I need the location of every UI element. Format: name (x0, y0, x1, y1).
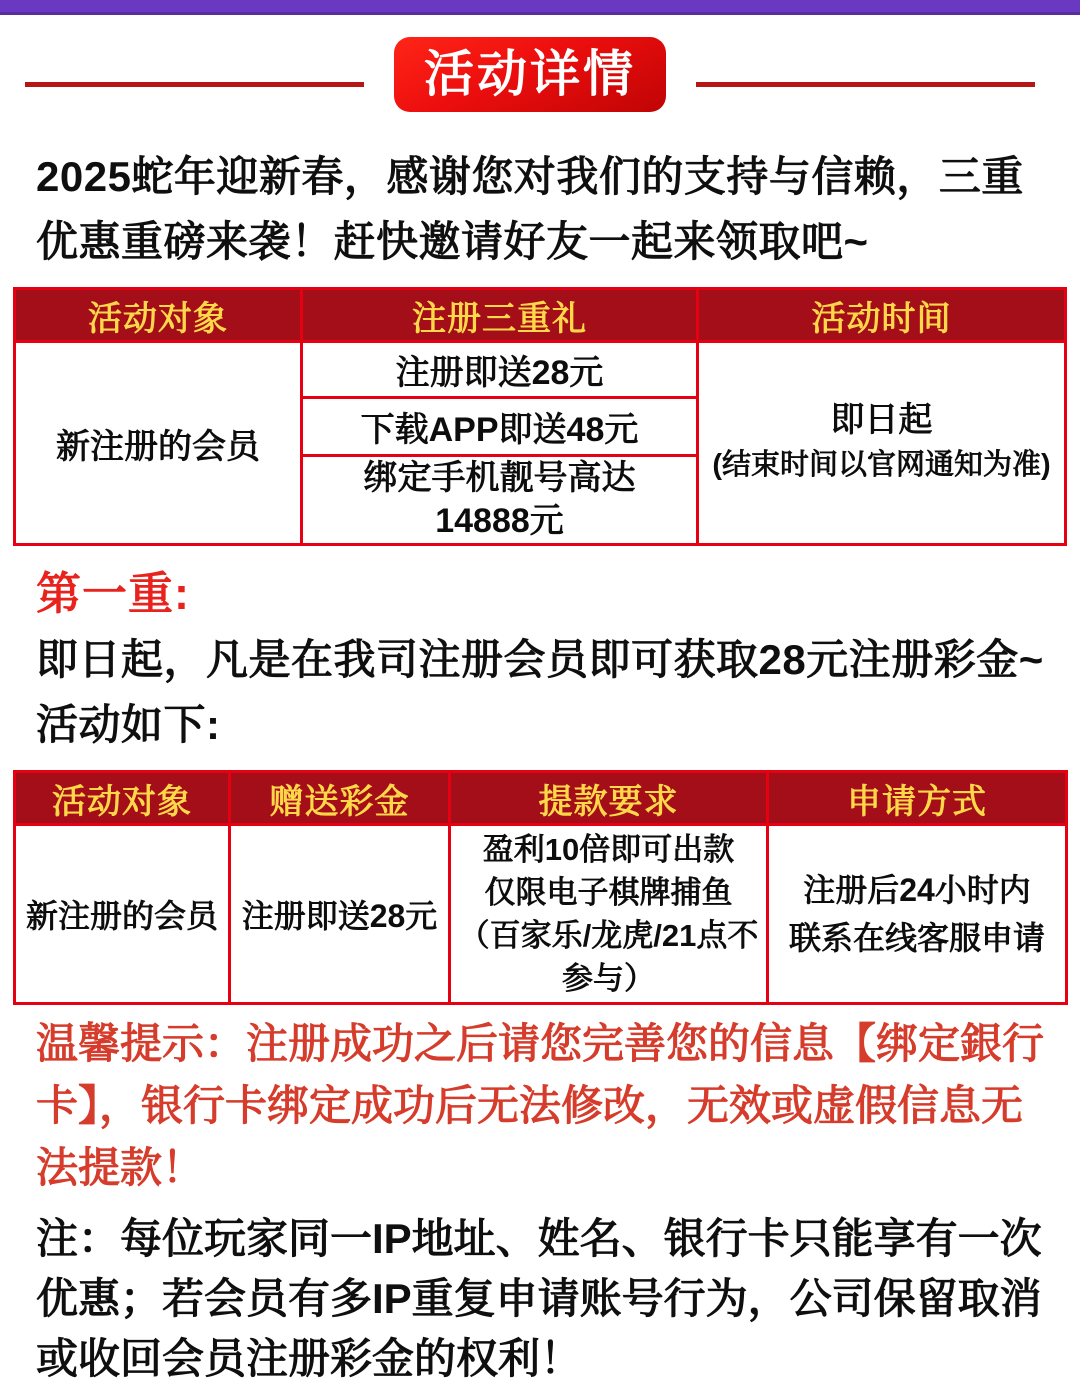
title-row: 活动详情 (0, 37, 1080, 112)
t1-gift-2-cell: 下载APP即送48元 (302, 398, 698, 456)
t1-gift-3-cell: 绑定手机靓号高达14888元 (302, 456, 698, 545)
t2-requirement-line-1: 盈利10倍即可出款 (455, 828, 762, 871)
t2-apply-line-1: 注册后24小时内 (775, 866, 1059, 914)
t1-header-time: 活动时间 (698, 289, 1066, 342)
t1-header-gifts: 注册三重礼 (302, 289, 698, 342)
t1-gift-1-cell: 注册即送28元 (302, 342, 698, 398)
t1-time-cell: 即日起 (结束时间以官网通知为准) (698, 342, 1066, 545)
t2-apply-line-2: 联系在线客服申请 (775, 914, 1059, 962)
t1-header-audience: 活动对象 (15, 289, 302, 342)
t2-body-row: 新注册的会员 注册即送28元 盈利10倍即可出款 仅限电子棋牌捕鱼（百家乐/龙虎… (15, 825, 1067, 1004)
t1-time-line-2: (结束时间以官网通知为准) (705, 443, 1058, 488)
title-divider-right (696, 82, 1035, 87)
register-bonus-table: 活动对象 赠送彩金 提款要求 申请方式 新注册的会员 注册即送28元 盈利10倍… (13, 770, 1068, 1005)
tier-1-text: 即日起，凡是在我司注册会员即可获取28元注册彩金~活动如下: (36, 627, 1044, 757)
top-purple-bar (0, 0, 1080, 15)
t2-audience-cell: 新注册的会员 (15, 825, 230, 1004)
t2-header-apply: 申请方式 (768, 772, 1067, 825)
warning-text: 温馨提示：注册成功之后请您完善您的信息【绑定銀行卡】，银行卡绑定成功后无法修改，… (36, 1013, 1044, 1199)
title-divider-left (25, 82, 364, 87)
triple-gift-table: 活动对象 注册三重礼 活动时间 新注册的会员 注册即送28元 即日起 (结束时间… (13, 287, 1067, 546)
t2-requirement-line-2: 仅限电子棋牌捕鱼（百家乐/龙虎/21点不参与） (455, 871, 762, 1000)
t2-requirement-cell: 盈利10倍即可出款 仅限电子棋牌捕鱼（百家乐/龙虎/21点不参与） (450, 825, 768, 1004)
t2-header-audience: 活动对象 (15, 772, 230, 825)
t1-time-line-1: 即日起 (705, 398, 1058, 443)
note-text: 注：每位玩家同一IP地址、姓名、银行卡只能享有一次优惠；若会员有多IP重复申请账… (36, 1209, 1044, 1389)
t2-header-row: 活动对象 赠送彩金 提款要求 申请方式 (15, 772, 1067, 825)
intro-text: 2025蛇年迎新春，感谢您对我们的支持与信赖，三重优惠重磅来袭！赶快邀请好友一起… (36, 144, 1044, 274)
t2-apply-cell: 注册后24小时内 联系在线客服申请 (768, 825, 1067, 1004)
t2-header-requirement: 提款要求 (450, 772, 768, 825)
t1-audience-cell: 新注册的会员 (15, 342, 302, 545)
t1-row-1: 新注册的会员 注册即送28元 即日起 (结束时间以官网通知为准) (15, 342, 1066, 398)
tier-1-heading: 第一重: (36, 566, 1044, 621)
t2-header-bonus: 赠送彩金 (230, 772, 450, 825)
page-title-badge: 活动详情 (394, 37, 666, 112)
t2-bonus-cell: 注册即送28元 (230, 825, 450, 1004)
t1-header-row: 活动对象 注册三重礼 活动时间 (15, 289, 1066, 342)
